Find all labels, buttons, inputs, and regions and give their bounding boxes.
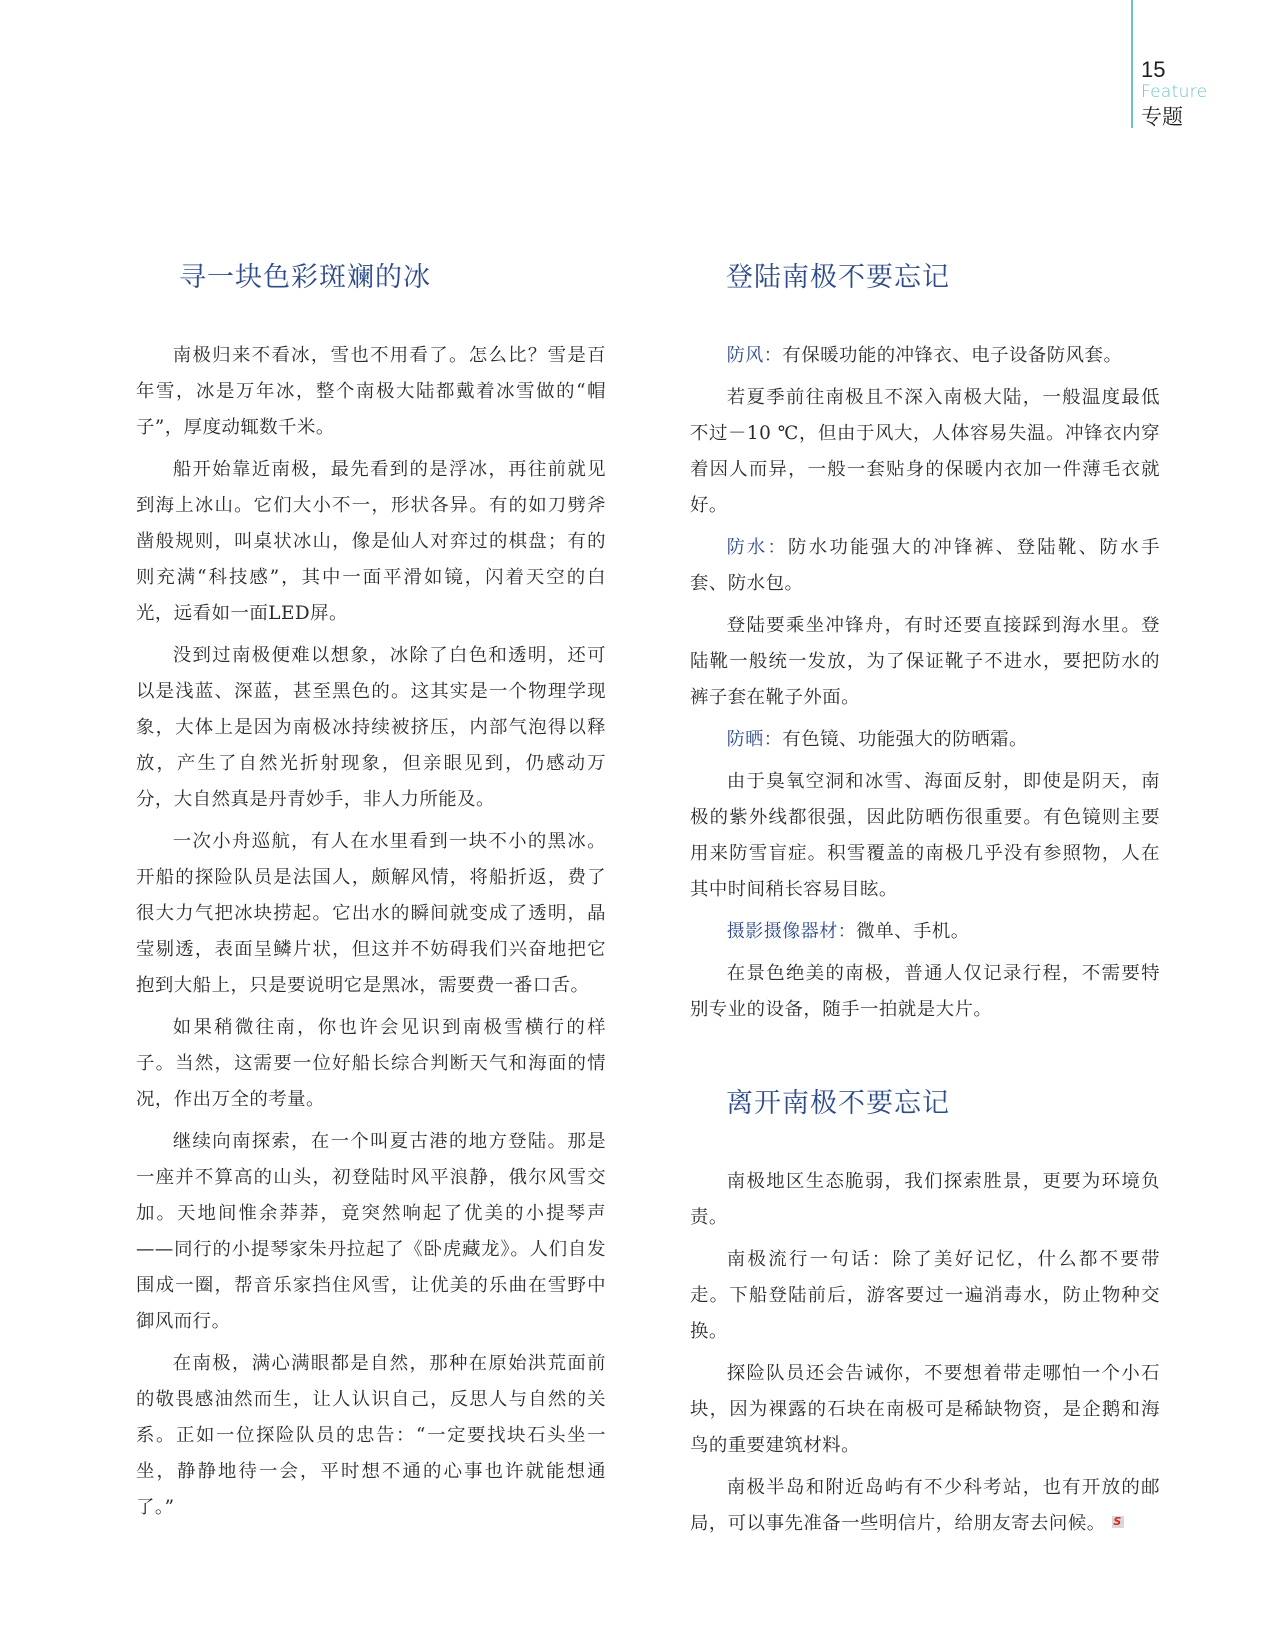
paragraph: 南极归来不看冰，雪也不用看了。怎么比？雪是百年雪，冰是万年冰，整个南极大陆都戴着…: [136, 338, 606, 446]
left-article-body: 南极归来不看冰，雪也不用看了。怎么比？雪是百年雪，冰是万年冰，整个南极大陆都戴着…: [136, 338, 606, 1526]
right-column: 登陆南极不要忘记 防风：有保暖功能的冲锋衣、电子设备防风套。 若夏季前往南极且不…: [690, 258, 1160, 1548]
item-label: 防风：: [727, 345, 783, 366]
checklist-item-windproof: 防风：有保暖功能的冲锋衣、电子设备防风套。: [690, 338, 1160, 374]
paragraph: 船开始靠近南极，最先看到的是浮冰，再往前就见到海上冰山。它们大小不一，形状各异。…: [136, 452, 606, 632]
landing-checklist-body: 防风：有保暖功能的冲锋衣、电子设备防风套。 若夏季前往南极且不深入南极大陆，一般…: [690, 338, 1160, 1028]
section-label-cn: 专题: [1141, 104, 1207, 130]
folio: 15 Feature 专题: [1141, 58, 1207, 130]
folio-divider-line: [1131, 0, 1133, 128]
checklist-item-sunproof: 防晒：有色镜、功能强大的防晒霜。: [690, 722, 1160, 758]
item-label: 摄影摄像器材：: [727, 921, 857, 942]
leaving-section-body: 南极地区生态脆弱，我们探索胜景，更要为环境负责。 南极流行一句话：除了美好记忆，…: [690, 1164, 1160, 1542]
item-summary: 微单、手机。: [856, 921, 969, 942]
paragraph: 南极地区生态脆弱，我们探索胜景，更要为环境负责。: [690, 1164, 1160, 1236]
paragraph: 在景色绝美的南极，普通人仅记录行程，不需要特别专业的设备，随手一拍就是大片。: [690, 956, 1160, 1028]
paragraph: 在南极，满心满眼都是自然，那种在原始洪荒面前的敬畏感油然而生，让人认识自己，反思…: [136, 1346, 606, 1526]
paragraph: 探险队员还会告诫你，不要想着带走哪怕一个小石块，因为裸露的石块在南极可是稀缺物资…: [690, 1356, 1160, 1464]
paragraph: 如果稍微往南，你也许会见识到南极雪横行的样子。当然，这需要一位好船长综合判断天气…: [136, 1010, 606, 1118]
paragraph: 一次小舟巡航，有人在水里看到一块不小的黑冰。开船的探险队员是法国人，颇解风情，将…: [136, 824, 606, 1004]
leaving-section: 离开南极不要忘记 南极地区生态脆弱，我们探索胜景，更要为环境负责。 南极流行一句…: [690, 1084, 1160, 1542]
paragraph: 若夏季前往南极且不深入南极大陆，一般温度最低不过－10 ℃，但由于风大，人体容易…: [690, 380, 1160, 524]
item-summary: 有色镜、功能强大的防晒霜。: [782, 729, 1028, 750]
checklist-item-camera: 摄影摄像器材：微单、手机。: [690, 914, 1160, 950]
page-number: 15: [1141, 58, 1207, 82]
end-of-article-icon: S: [1112, 1516, 1124, 1528]
heading-leaving-checklist: 离开南极不要忘记: [690, 1084, 1160, 1124]
paragraph: 登陆要乘坐冲锋舟，有时还要直接踩到海水里。登陆靴一般统一发放，为了保证靴子不进水…: [690, 608, 1160, 716]
paragraph: 继续向南探索，在一个叫夏古港的地方登陆。那是一座并不算高的山头，初登陆时风平浪静…: [136, 1124, 606, 1340]
item-label: 防水：: [727, 537, 788, 558]
paragraph: 南极流行一句话：除了美好记忆，什么都不要带走。下船登陆前后，游客要过一遍消毒水，…: [690, 1242, 1160, 1350]
left-column: 寻一块色彩斑斓的冰 南极归来不看冰，雪也不用看了。怎么比？雪是百年雪，冰是万年冰…: [136, 258, 606, 1532]
final-text: 南极半岛和附近岛屿有不少科考站，也有开放的邮局，可以事先准备一些明信片，给朋友寄…: [690, 1477, 1160, 1534]
item-summary: 有保暖功能的冲锋衣、电子设备防风套。: [782, 345, 1122, 366]
checklist-item-waterproof: 防水：防水功能强大的冲锋裤、登陆靴、防水手套、防水包。: [690, 530, 1160, 602]
item-label: 防晒：: [727, 729, 783, 750]
paragraph-final: 南极半岛和附近岛屿有不少科考站，也有开放的邮局，可以事先准备一些明信片，给朋友寄…: [690, 1470, 1160, 1542]
paragraph: 没到过南极便难以想象，冰除了白色和透明，还可以是浅蓝、深蓝，甚至黑色的。这其实是…: [136, 638, 606, 818]
paragraph: 由于臭氧空洞和冰雪、海面反射，即使是阴天，南极的紫外线都很强，因此防晒伤很重要。…: [690, 764, 1160, 908]
heading-landing-checklist: 登陆南极不要忘记: [690, 258, 1160, 298]
section-label-en: Feature: [1141, 82, 1207, 102]
heading-colorful-ice: 寻一块色彩斑斓的冰: [136, 258, 606, 298]
